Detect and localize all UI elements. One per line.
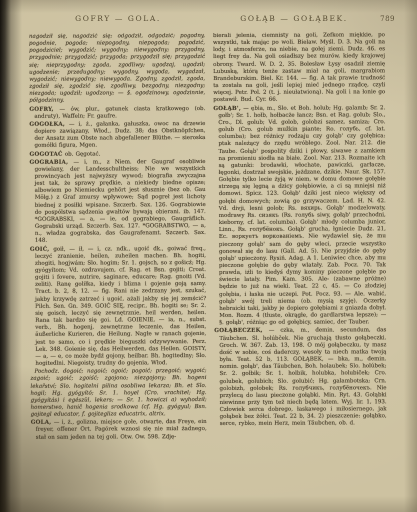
- running-head-right-label: GOŁĄB — GOŁĄBEK.: [240, 14, 348, 23]
- entry-text: — ów, plur., gatunek ciasta kratkowego (…: [34, 106, 205, 120]
- entry-text: — ębia, m., Slo. et Boh. holub; Hg. gala…: [218, 105, 386, 326]
- entry-text: goił, — ił, — i, cz. ndk., ugoić dk., go…: [35, 246, 206, 367]
- entry-gola: GOLA, — i, ż., golizna, miejsce gołe, ot…: [31, 419, 207, 441]
- entry-text: nagodził się, nagodzić się; odgodził, od…: [29, 33, 205, 104]
- entry-continuation-gola: bierali jelenia, ciemnisty na goli, Zefk…: [213, 32, 385, 104]
- entry-text: — i, ż., golizna, miejsce gołe, otwarte,…: [36, 419, 207, 440]
- entry-text: — i, m., z Niem. der Gaugraf osobliwie g…: [35, 159, 206, 244]
- entry-text: — czka, m., demin. secundum, das Täubche…: [219, 328, 386, 428]
- entry-gogotac: GOGOTAĆ ob. Gęgotać.: [29, 151, 205, 159]
- entry-text: ob. Gęgotać.: [63, 151, 101, 157]
- entry-goic: GOIĆ, goił, — ił, — i, cz. ndk., ugoić d…: [30, 246, 207, 368]
- entry-gogolka: GOGOŁKA, — i, ż., gałanka, gałuszka, owo…: [29, 121, 205, 150]
- entry-headword: GOGRABIA,: [30, 159, 69, 165]
- page-number: 789: [380, 15, 395, 23]
- entry-gofry: GOFRY, — ów, plur., gatunek ciasta kratk…: [29, 106, 205, 121]
- running-head-right: GOŁĄB — GOŁĄBEK.: [214, 14, 374, 26]
- entry-headword: GOŁĄBECZEK,: [214, 328, 263, 334]
- left-column: nagodził się, nagodzić się; odgodził, od…: [29, 33, 207, 499]
- running-head-left-label: GOFRY — GOLA.: [75, 14, 161, 23]
- entry-headword: GOGOŁKA,: [29, 121, 65, 127]
- running-head-left: GOFRY — GOLA.: [30, 14, 206, 26]
- entry-golab: GOŁĄB', — ębia, m., Slo. et Boh. holub; …: [213, 105, 386, 328]
- entry-headword: GOFRY,: [29, 106, 53, 112]
- entry-golabeczek-golabek: GOŁĄBECZEK, — czka, m., demin. secundum,…: [214, 328, 386, 429]
- entry-text: bierali jelenia, ciemnisty na goli, Zefk…: [213, 32, 385, 103]
- page-text-body: nagodził się, nagodzić się; odgodził, od…: [0, 32, 417, 499]
- entry-pochodz-derivatives: Pochodz. dogoić; nagoić; ogoić; pogoić; …: [30, 368, 206, 419]
- entry-gograbia: GOGRABIA, — i, m., z Niem. der Gaugraf o…: [30, 159, 206, 246]
- right-column: bierali jelenia, ciemnisty na goli, Zefk…: [213, 32, 387, 498]
- scanned-dictionary-page: GOFRY — GOLA. GOŁĄB — GOŁĄBEK. 789 nagod…: [0, 0, 417, 512]
- entry-headword: GOŁĄB',: [213, 105, 241, 111]
- entry-continuation-godzic: nagodził się, nagodzić się; odgodził, od…: [29, 33, 205, 105]
- entry-headword: GOGOTAĆ: [29, 151, 62, 157]
- entry-text: Pochodz. dogoić; nagoić; ogoić; pogoić; …: [30, 368, 206, 418]
- entry-headword: GOIĆ,: [30, 246, 50, 252]
- entry-headword: GOLA,: [31, 420, 52, 426]
